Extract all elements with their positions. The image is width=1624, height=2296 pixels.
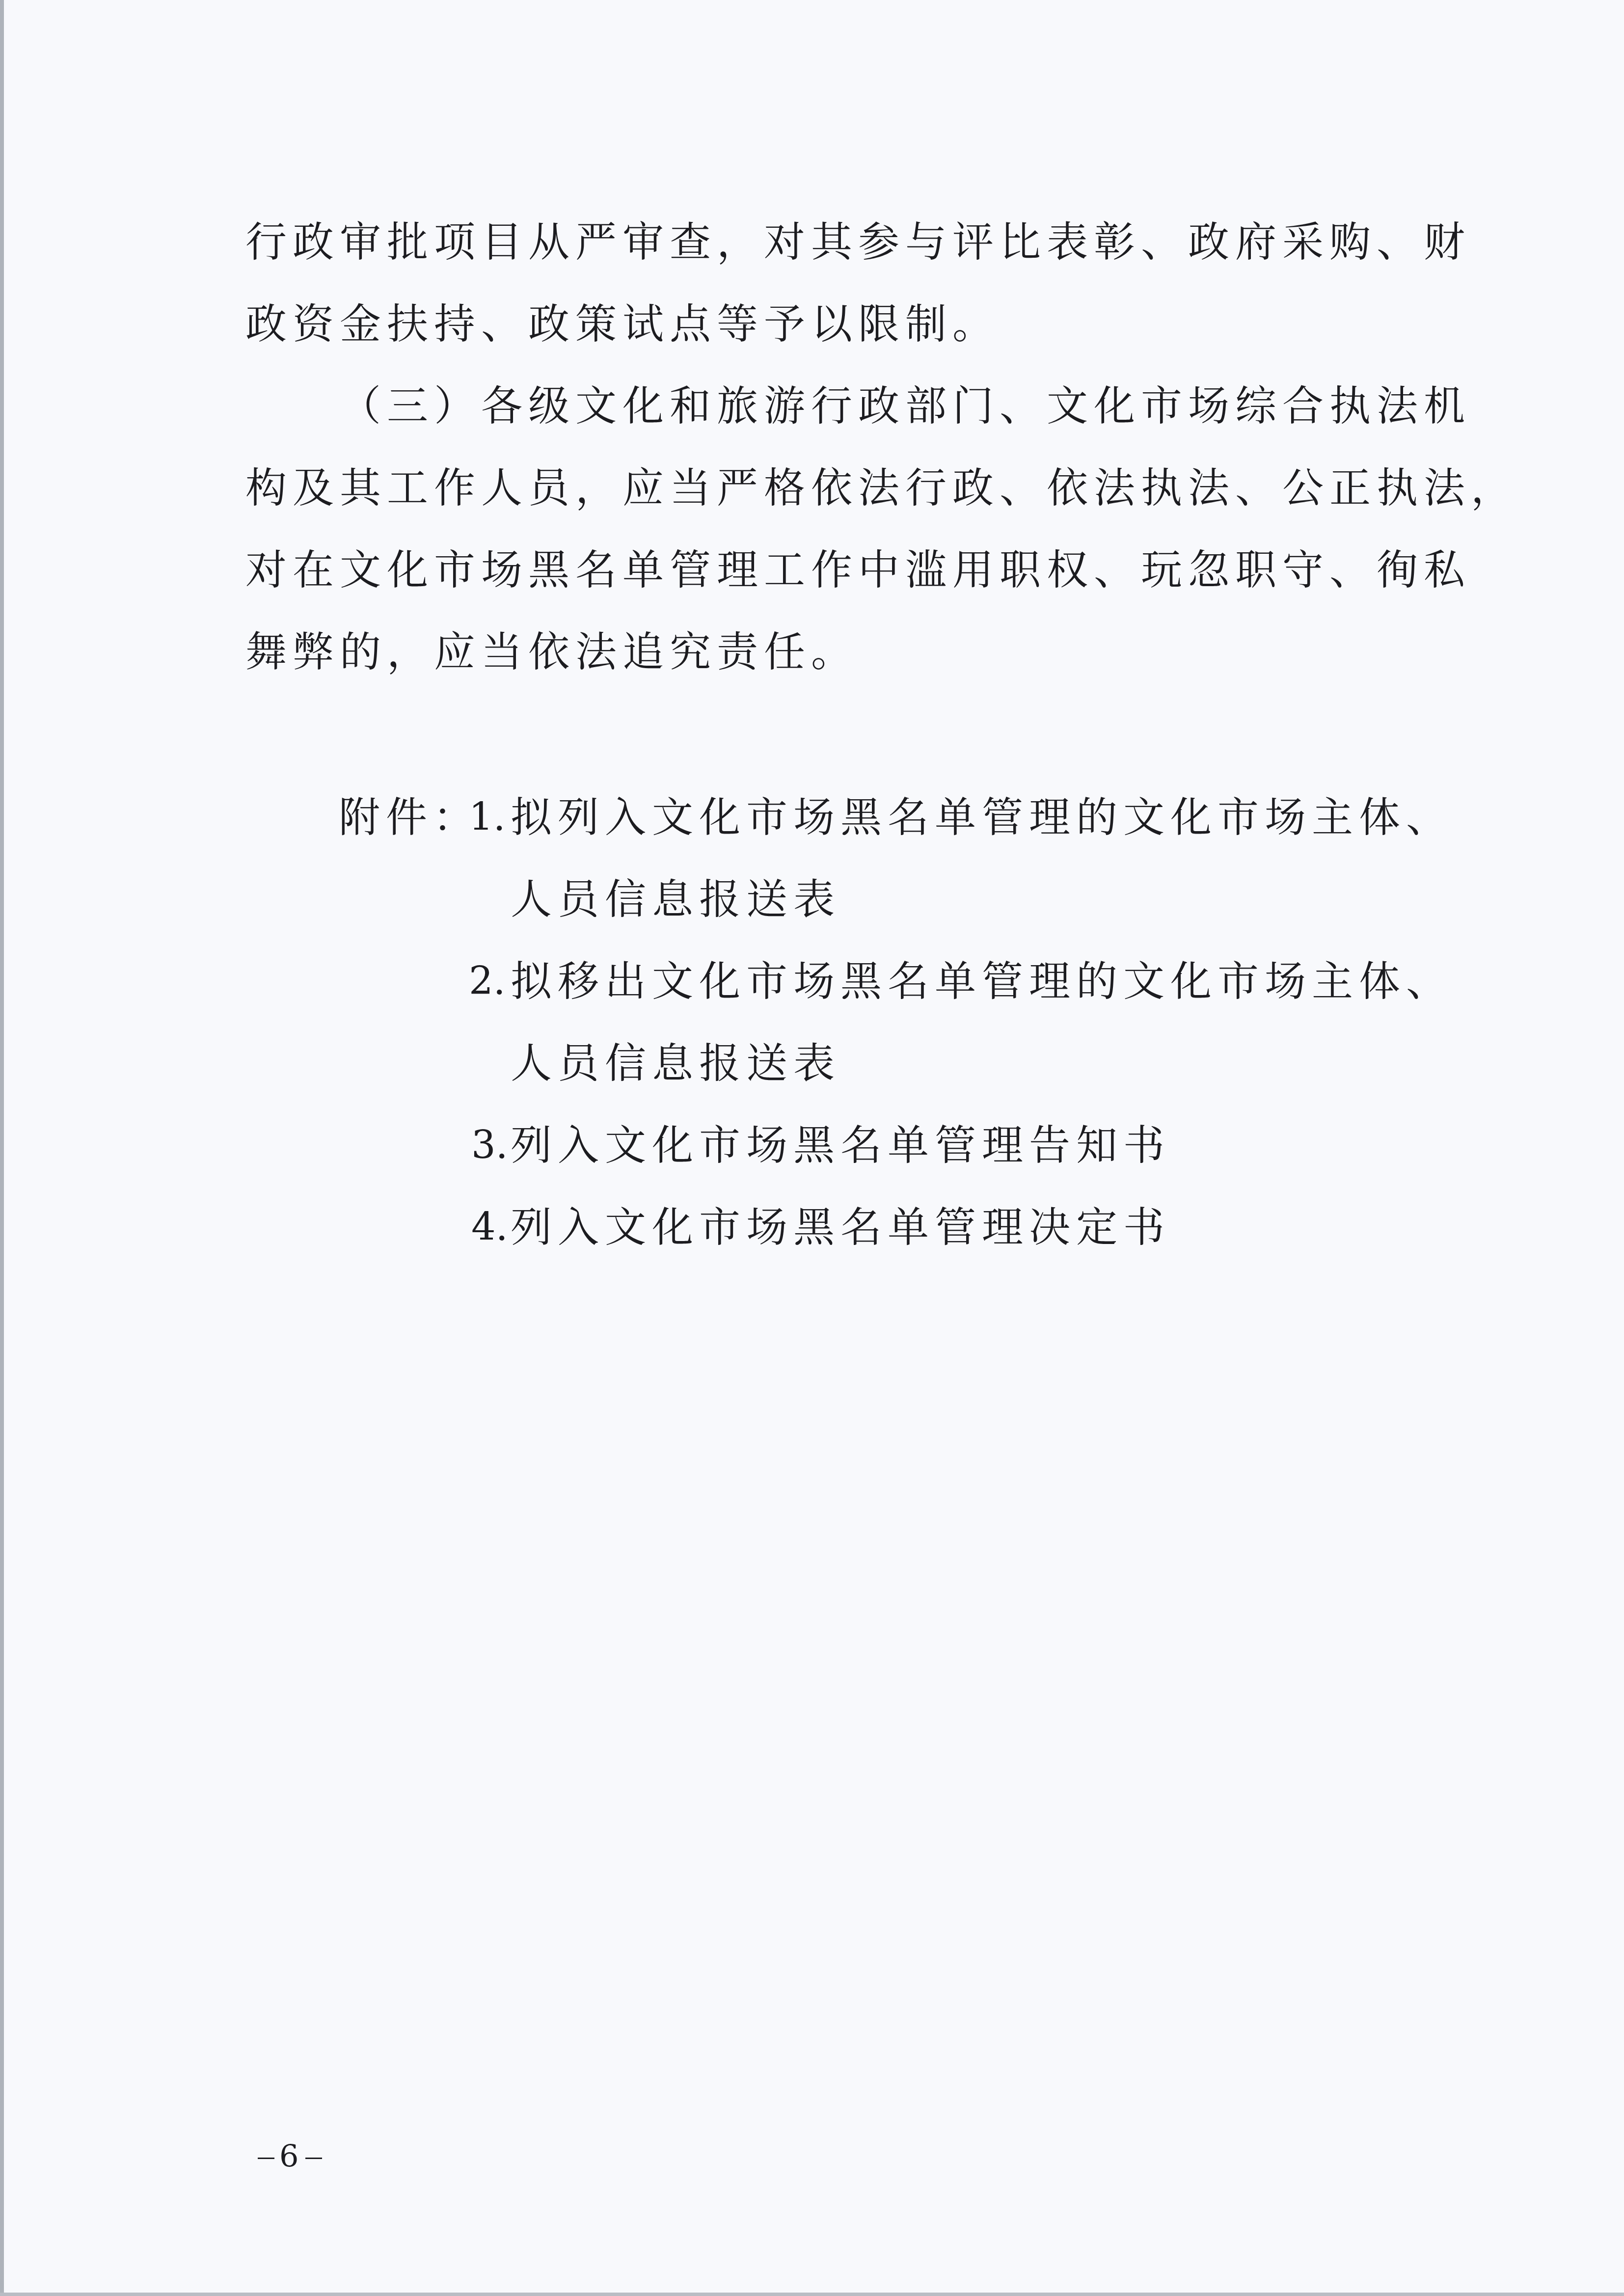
attachment-item-line: 拟列入文化市场黑名单管理的文化市场主体、 — [511, 793, 1453, 842]
document-page: 行政审批项目从严审查，对其参与评比表彰、政府采购、财 政资金扶持、政策试点等予以… — [0, 0, 1624, 2296]
attachment-item-line: 人员信息报送表 — [511, 875, 840, 924]
dash-right — [305, 2158, 322, 2159]
attachments-label: 附件： — [339, 793, 480, 842]
attachment-number: 3. — [471, 1121, 508, 1170]
paragraph-line: 构及其工作人员，应当严格依法行政、依法执法、公正执法， — [245, 463, 1518, 513]
paragraph-line: 行政审批项目从严审查，对其参与评比表彰、政府采购、财 — [245, 217, 1471, 267]
attachment-item-line: 列入文化市场黑名单管理告知书 — [511, 1121, 1170, 1170]
paragraph-line: 政资金扶持、政策试点等予以限制。 — [245, 299, 1000, 349]
attachment-item-line: 拟移出文化市场黑名单管理的文化市场主体、 — [511, 957, 1453, 1006]
scan-edge-bottom — [0, 2293, 1624, 2296]
paragraph-line: （三）各级文化和旅游行政部门、文化市场综合执法机 — [340, 381, 1471, 431]
attachment-number: 1. — [469, 793, 505, 842]
dash-left — [258, 2158, 274, 2159]
paragraph-line: 对在文化市场黑名单管理工作中滥用职权、玩忽职守、徇私 — [245, 545, 1471, 594]
attachment-item-line: 人员信息报送表 — [511, 1039, 840, 1088]
paragraph-line: 舞弊的，应当依法追究责任。 — [245, 627, 858, 676]
page-number: 6 — [253, 2136, 327, 2176]
attachment-item-line: 列入文化市场黑名单管理决定书 — [511, 1203, 1170, 1252]
attachment-number: 4. — [471, 1203, 508, 1252]
attachment-number: 2. — [469, 957, 505, 1006]
page-number-value: 6 — [279, 2138, 300, 2174]
